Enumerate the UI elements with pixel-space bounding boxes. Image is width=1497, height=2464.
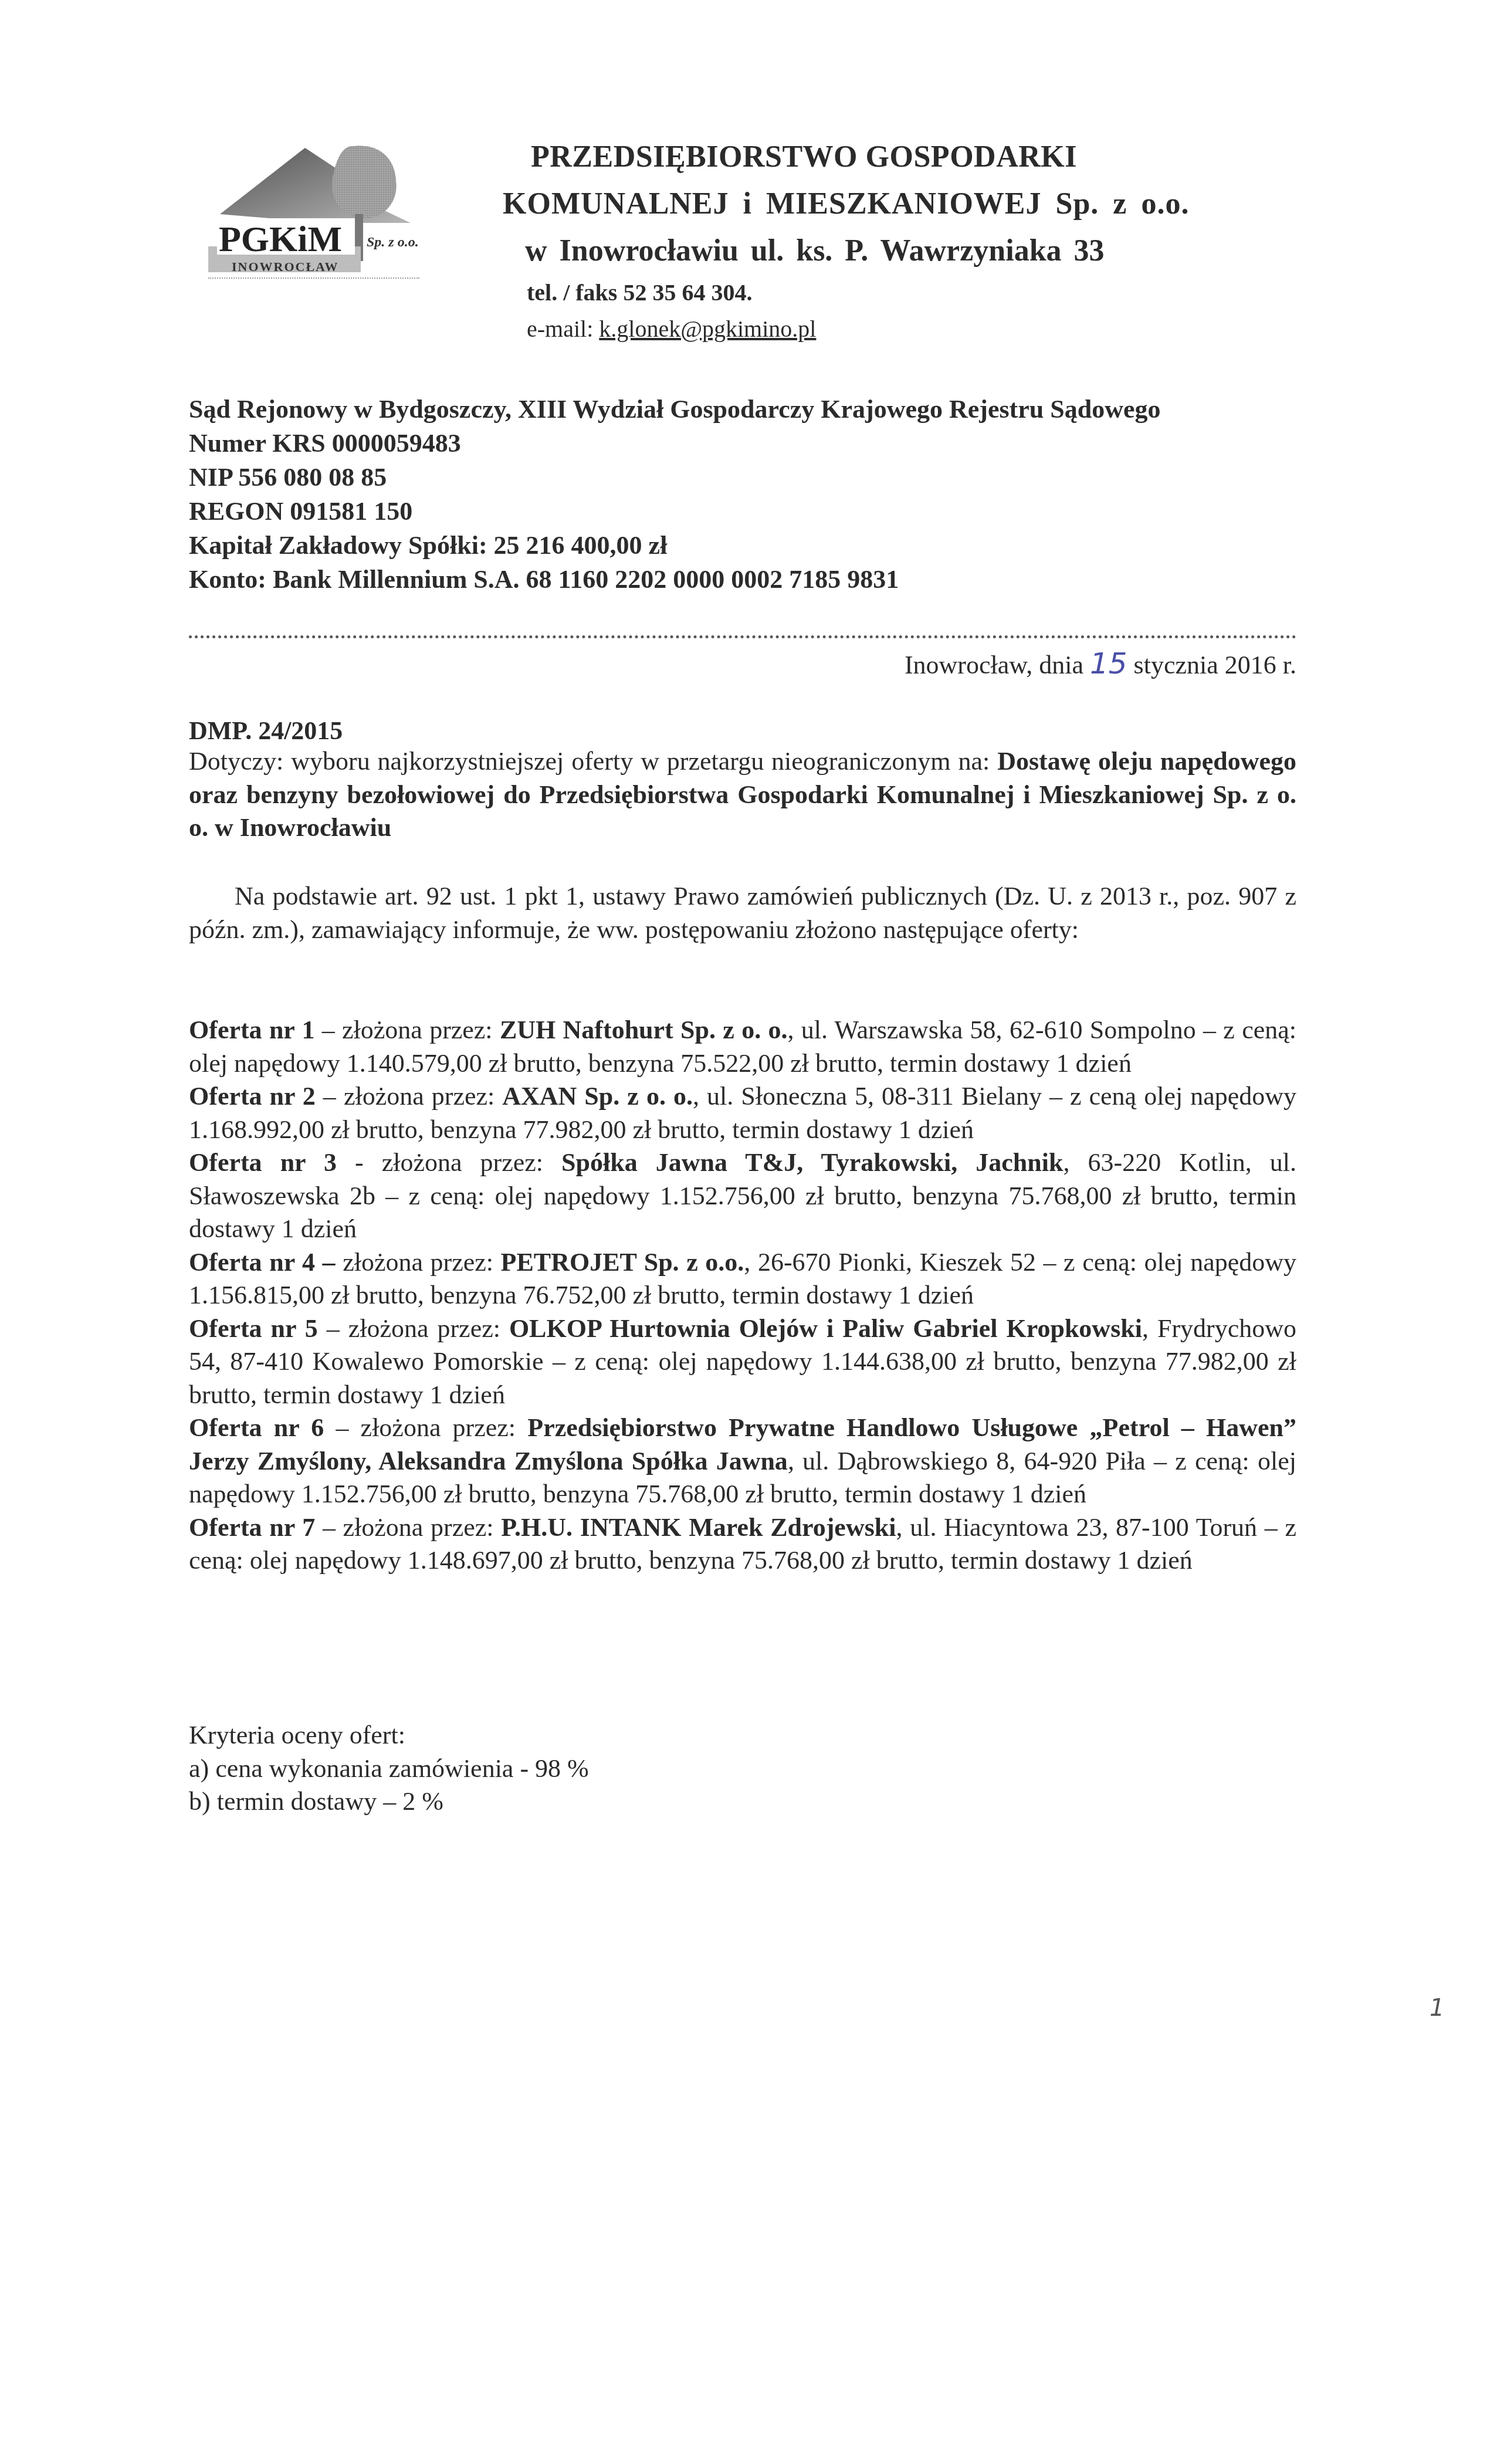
registry-capital: Kapitał Zakładowy Spółki: 25 216 400,00 … bbox=[189, 530, 667, 560]
handwritten-day: 15 bbox=[1090, 647, 1127, 681]
offer-separator: - złożona przez: bbox=[337, 1148, 561, 1177]
company-phone: tel. / faks 52 35 64 304. bbox=[527, 279, 752, 306]
company-name-line1: PRZEDSIĘBIORSTWO GOSPODARKI bbox=[531, 140, 1077, 174]
offer-item: Oferta nr 4 – złożona przez: PETROJET Sp… bbox=[189, 1246, 1296, 1312]
offer-label: Oferta nr 3 bbox=[189, 1148, 337, 1177]
offer-label: Oferta nr 6 bbox=[189, 1413, 324, 1442]
reference-number: DMP. 24/2015 bbox=[189, 715, 1296, 748]
offer-separator: – złożona przez: bbox=[314, 1016, 500, 1044]
offer-company: AXAN Sp. z o. o. bbox=[502, 1082, 693, 1111]
page-number-mark: 1 bbox=[1430, 1995, 1444, 2022]
offers-list: Oferta nr 1 – złożona przez: ZUH Naftohu… bbox=[189, 1014, 1296, 1578]
criteria-item-delivery: b) termin dostawy – 2 % bbox=[189, 1785, 1296, 1819]
company-name-line2: KOMUNALNEJ i MIESZKANIOWEJ Sp. z o.o. bbox=[503, 187, 1189, 221]
offer-separator: – złożona przez: bbox=[318, 1314, 509, 1343]
criteria-item-price: a) cena wykonania zamówienia - 98 % bbox=[189, 1752, 1296, 1786]
offer-company: ZUH Naftohurt Sp. z o. o. bbox=[500, 1016, 788, 1044]
logo-city: INOWROCŁAW bbox=[232, 259, 339, 274]
logo-suffix: Sp. z o.o. bbox=[367, 235, 419, 250]
offer-separator: złożona przez: bbox=[336, 1248, 501, 1277]
date-prefix: Inowrocław, dnia bbox=[905, 651, 1083, 679]
intro-paragraph: Na podstawie art. 92 ust. 1 pkt 1, ustaw… bbox=[189, 880, 1296, 946]
email-link[interactable]: k.glonek@pgkimino.pl bbox=[599, 316, 816, 342]
registry-nip: NIP 556 080 08 85 bbox=[189, 462, 387, 492]
dotted-separator bbox=[189, 635, 1296, 638]
date-line: Inowrocław, dnia 15 stycznia 2016 r. bbox=[905, 647, 1296, 681]
offer-company: OLKOP Hurtownia Olejów i Paliw Gabriel K… bbox=[509, 1314, 1142, 1343]
offer-item: Oferta nr 5 – złożona przez: OLKOP Hurto… bbox=[189, 1312, 1296, 1412]
offer-label: Oferta nr 7 bbox=[189, 1513, 315, 1542]
offer-item: Oferta nr 7 – złożona przez: P.H.U. INTA… bbox=[189, 1511, 1296, 1578]
registry-krs: Numer KRS 0000059483 bbox=[189, 428, 461, 458]
registry-court: Sąd Rejonowy w Bydgoszczy, XIII Wydział … bbox=[189, 394, 1161, 424]
email-label: e-mail: bbox=[527, 316, 593, 342]
offer-separator: – złożona przez: bbox=[315, 1513, 501, 1542]
logo-roof-tree-icon: PGKiM INOWROCŁAW Sp. z o.o. bbox=[208, 141, 431, 276]
offer-company: Spółka Jawna T&J, Tyrakowski, Jachnik bbox=[561, 1148, 1063, 1177]
registry-regon: REGON 091581 150 bbox=[189, 496, 412, 526]
logo-divider bbox=[208, 277, 419, 279]
offer-company: P.H.U. INTANK Marek Zdrojewski bbox=[501, 1513, 896, 1542]
offer-label: Oferta nr 5 bbox=[189, 1314, 318, 1343]
offer-label: Oferta nr 2 bbox=[189, 1082, 316, 1111]
offer-separator: – złożona przez: bbox=[316, 1082, 502, 1111]
logo-name: PGKiM bbox=[219, 219, 342, 259]
offer-company: PETROJET Sp. z o.o. bbox=[501, 1248, 744, 1277]
date-suffix: stycznia 2016 r. bbox=[1134, 651, 1296, 679]
criteria-section: Kryteria oceny ofert: a) cena wykonania … bbox=[189, 1719, 1296, 1819]
company-logo: PGKiM INOWROCŁAW Sp. z o.o. bbox=[208, 141, 431, 276]
offer-item: Oferta nr 1 – złożona przez: ZUH Naftohu… bbox=[189, 1014, 1296, 1080]
company-address: w Inowrocławiu ul. ks. P. Wawrzyniaka 33 bbox=[525, 233, 1105, 268]
company-email-line: e-mail: k.glonek@pgkimino.pl bbox=[527, 315, 816, 343]
criteria-title: Kryteria oceny ofert: bbox=[189, 1719, 1296, 1752]
registry-bank-account: Konto: Bank Millennium S.A. 68 1160 2202… bbox=[189, 564, 899, 594]
offer-label: Oferta nr 1 bbox=[189, 1016, 314, 1044]
offer-item: Oferta nr 2 – złożona przez: AXAN Sp. z … bbox=[189, 1080, 1296, 1146]
offer-item: Oferta nr 3 - złożona przez: Spółka Jawn… bbox=[189, 1146, 1296, 1246]
subject-lead: Dotyczy: wyboru najkorzystniejszej ofert… bbox=[189, 747, 990, 776]
offer-label: Oferta nr 4 – bbox=[189, 1248, 336, 1277]
offer-separator: – złożona przez: bbox=[324, 1413, 527, 1442]
offer-item: Oferta nr 6 – złożona przez: Przedsiębio… bbox=[189, 1412, 1296, 1511]
subject: Dotyczy: wyboru najkorzystniejszej ofert… bbox=[189, 745, 1296, 845]
